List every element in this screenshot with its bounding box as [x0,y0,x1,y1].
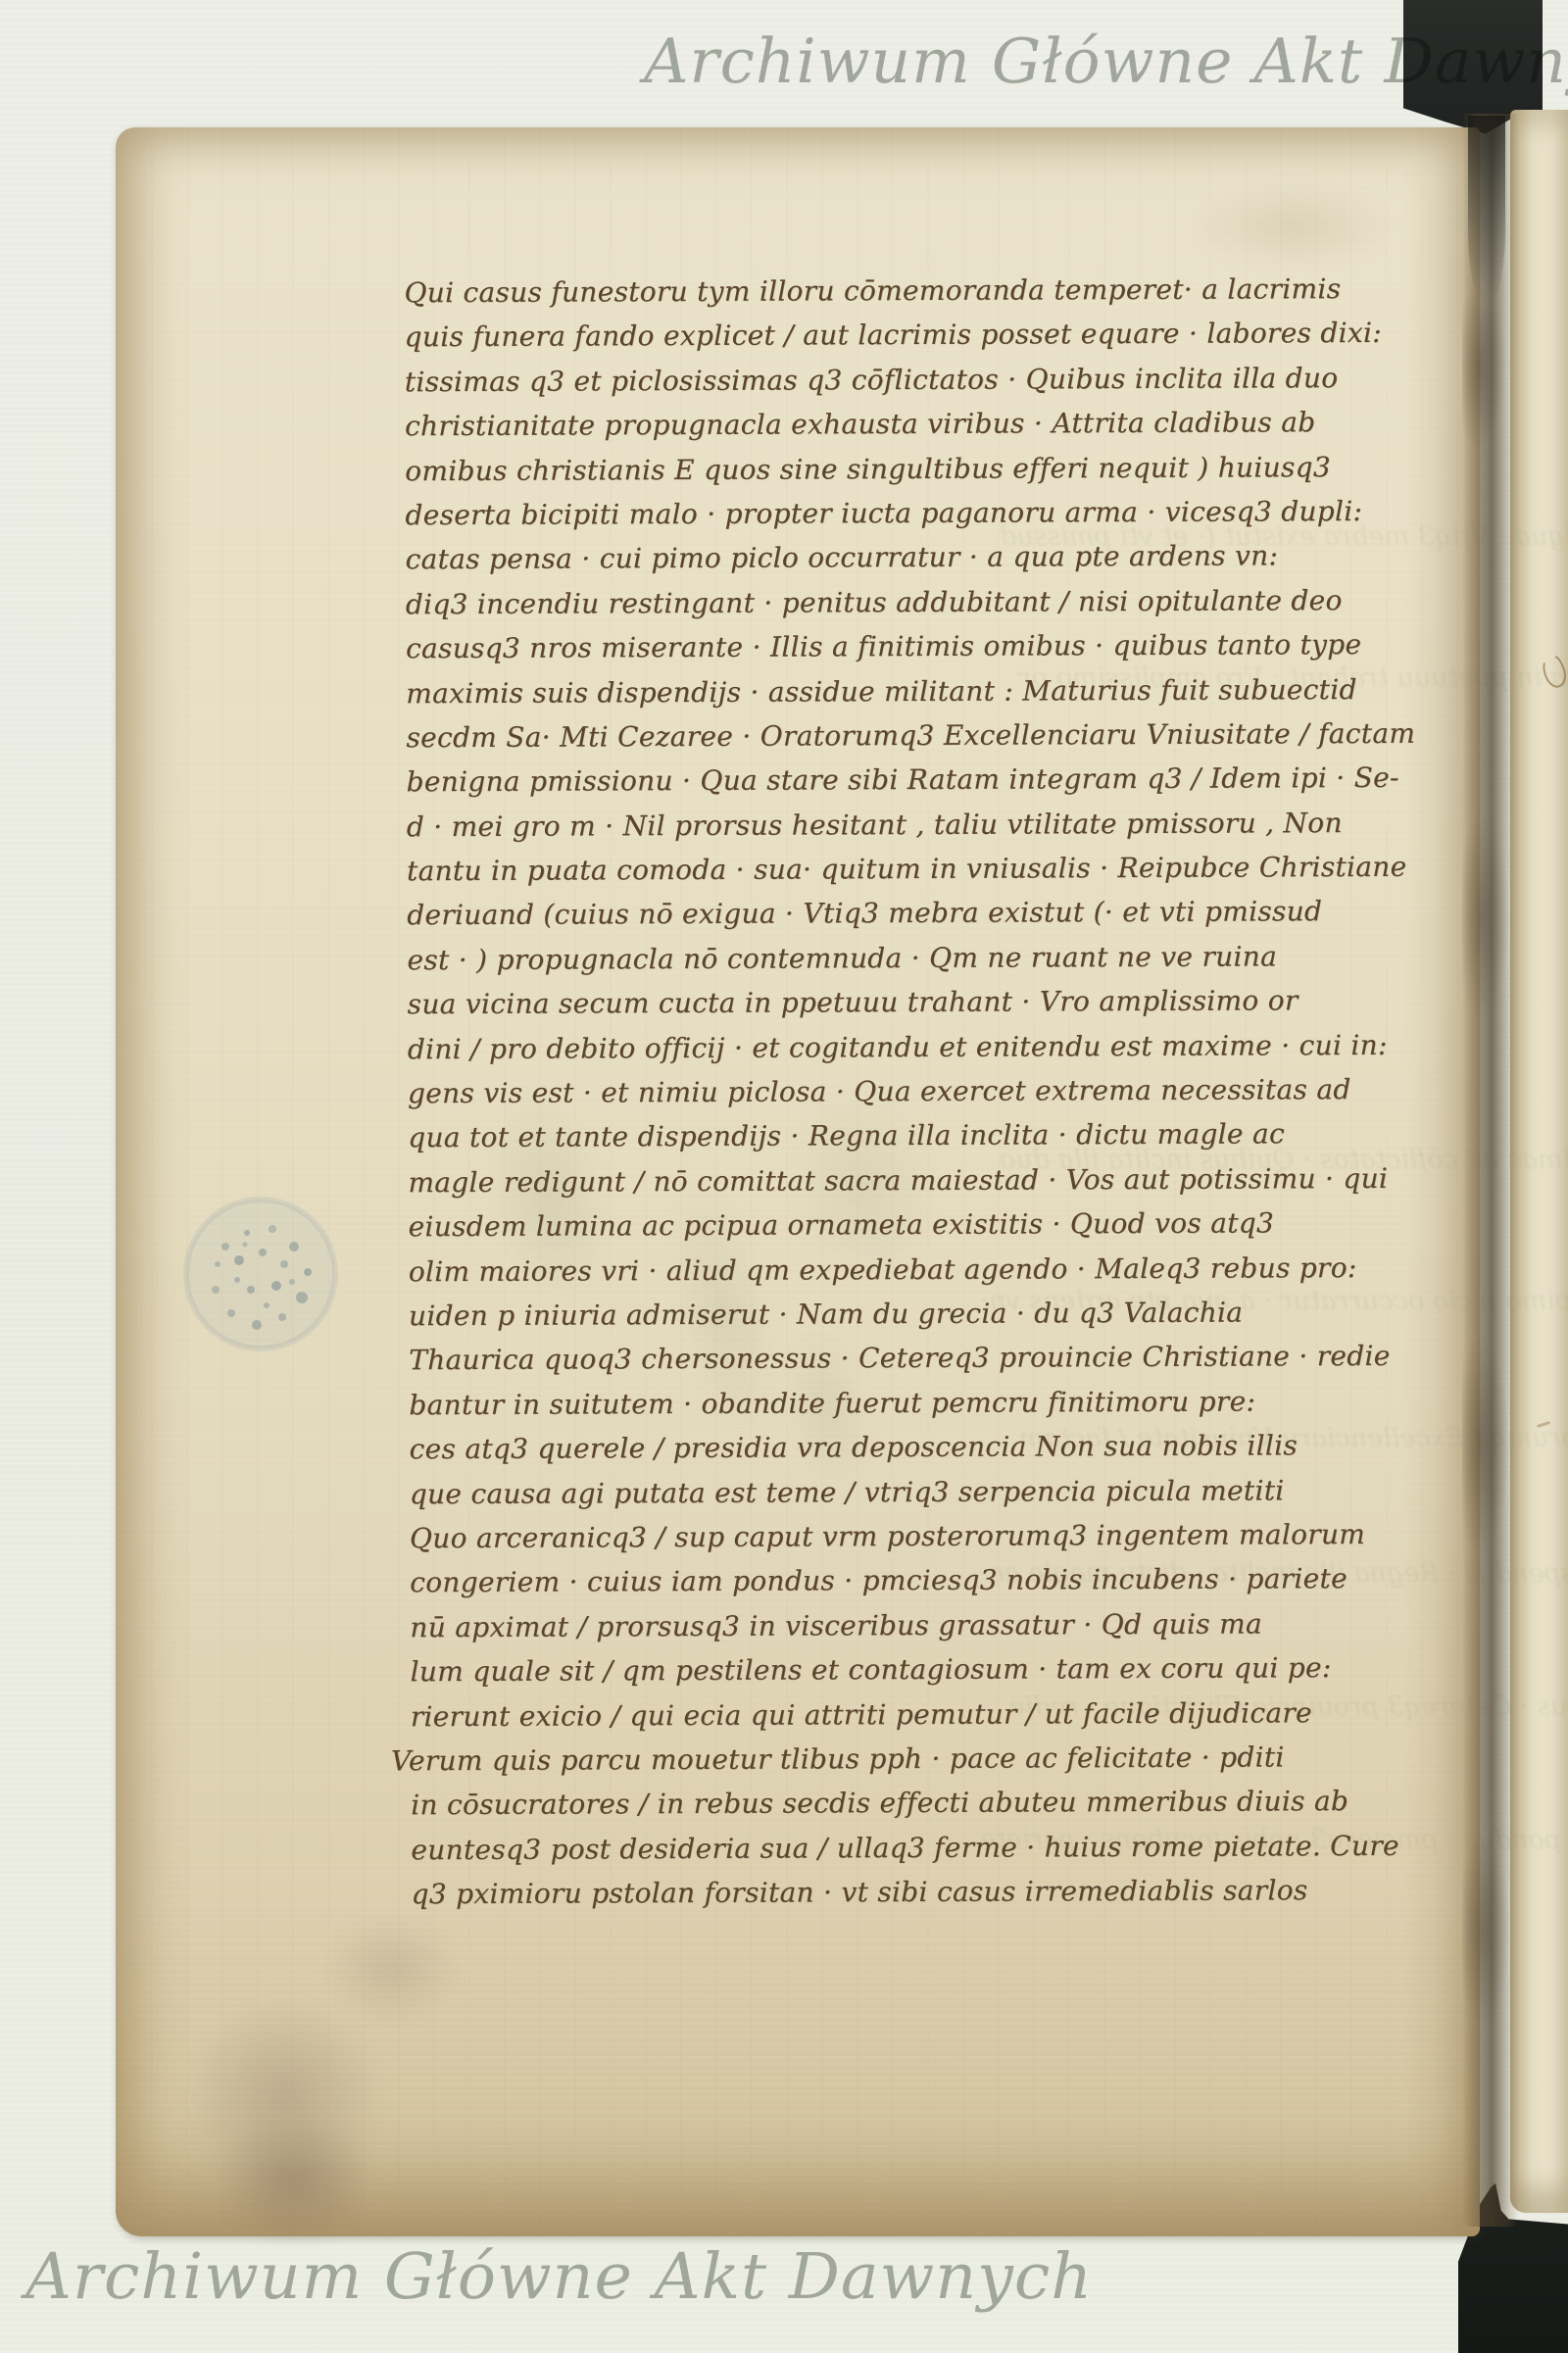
manuscript-line: Quo arceranicq3 / sup caput vrm posteror… [410,1512,1419,1561]
gutter-top-shadow [1468,116,1505,302]
binding-gutter-shadow-waves [1462,114,1519,2227]
archive-watermark-bottom: Archiwum Główne Akt Dawnych [25,2240,1093,2314]
manuscript-line: secdm Sa· Mti Cezaree · Oratorumq3 Excel… [406,711,1415,760]
manuscript-line: est · ) propugnacla nō contemnuda · Qm n… [407,934,1416,983]
manuscript-line: q3 pximioru pstolan forsitan · vt sibi c… [411,1868,1420,1917]
manuscript-line: olim maiores vri · aliud qm expediebat a… [409,1245,1418,1294]
manuscript-line: omibus christianis E quos sine singultib… [405,444,1414,493]
manuscript-line: quis funera fando explicet / aut lacrimi… [405,311,1414,360]
manuscript-line: rierunt exicio / qui ecia qui attriti pe… [411,1690,1420,1739]
faded-archive-stamp [182,1196,339,1356]
manuscript-line: deriuand (cuius nō exigua · Vtiq3 mebra … [407,889,1416,938]
manuscript-line: gens vis est · et nimiu piclosa · Qua ex… [408,1067,1417,1116]
manuscript-line: christianitate propugnacla exhausta viri… [405,400,1414,449]
manuscript-line: deserta bicipiti malo · propter iucta pa… [405,489,1414,538]
manuscript-line: congeriem · cuius iam pondus · pmciesq3 … [410,1556,1419,1605]
manuscript-line: casusq3 nros miserante · Illis a finitim… [406,622,1415,671]
manuscript-line: maximis suis dispendijs · assidue milita… [406,666,1415,715]
manuscript-line: bantur in suitutem · obandite fuerut pem… [409,1379,1418,1428]
manuscript-line: uiden p iniuria admiserut · Nam du greci… [409,1290,1418,1339]
manuscript-line: Qui casus funestoru tym illoru cōmemoran… [404,267,1413,316]
manuscript-line: benigna pmissionu · Qua stare sibi Ratam… [407,756,1416,805]
manuscript-line: magle redigunt / nō comittat sacra maies… [408,1156,1417,1205]
manuscript-line: in cōsucratores / in rebus secdis effect… [411,1779,1420,1828]
archive-watermark-top: Archiwum Główne Akt Dawnych [644,25,1568,97]
manuscript-line: nū apximat / prorsusq3 in visceribus gra… [410,1600,1419,1649]
manuscript-line: tissimas q3 et piclosissimas q3 cōflicta… [405,356,1414,405]
scanned-archive-image: { "archive": { "watermark_text": "Archiw… [0,0,1568,2353]
manuscript-line: dini / pro debito officij · et cogitandu… [408,1022,1417,1071]
manuscript-line: diq3 incendiu restingant · penitus addub… [406,577,1415,626]
manuscript-line: lum quale sit / qm pestilens et contagio… [410,1645,1419,1694]
manuscript-line: tantu in puata comoda · sua· quitum in v… [407,845,1416,894]
manuscript-line: sua vicina secum cucta in ppetuuu trahan… [408,978,1417,1027]
manuscript-line: que causa agi putata est teme / vtriq3 s… [410,1467,1419,1516]
manuscript-text-block: Qui casus funestoru tym illoru cōmemoran… [404,267,1420,1917]
manuscript-line: ces atq3 querele / presidia vra deposcen… [409,1423,1418,1472]
manuscript-line: catas pensa · cui pimo piclo occurratur … [406,533,1415,582]
manuscript-line: euntesq3 post desideria sua / ullaq3 fer… [411,1823,1420,1872]
manuscript-line: Thaurica quoq3 chersonessus · Cetereq3 p… [409,1334,1418,1383]
manuscript-line: Verum quis parcu mouetur tlibus pph · pa… [391,1735,1420,1784]
stamp-graphic [182,1196,339,1352]
manuscript-line: d · mei gro m · Nil prorsus hesitant , t… [407,800,1416,849]
manuscript-line: qua tot et tante dispendijs · Regna illa… [408,1111,1417,1160]
manuscript-line: eiusdem lumina ac pcipua ornameta existi… [409,1201,1418,1250]
